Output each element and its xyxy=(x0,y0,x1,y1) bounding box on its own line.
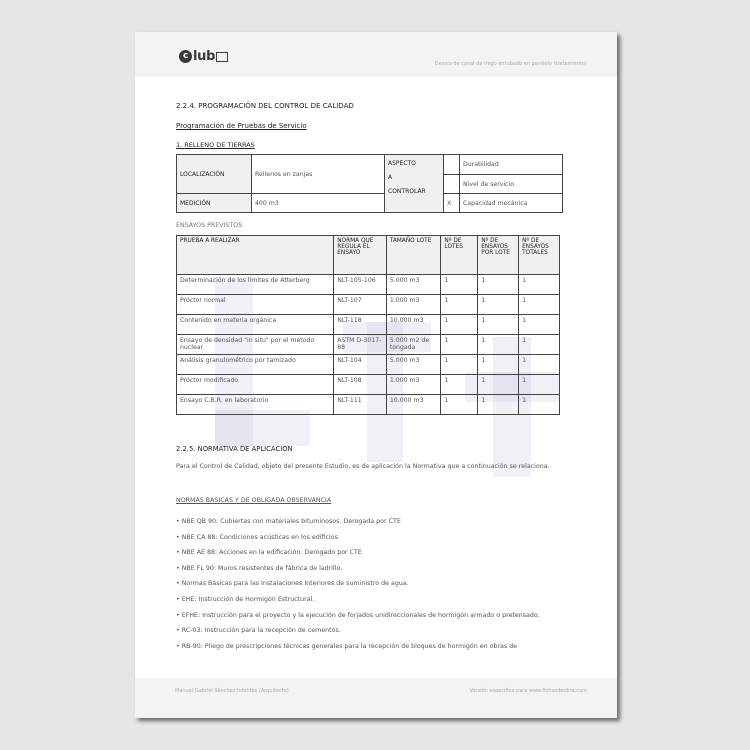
footer-site: Versión específica para www.fichasdeobra… xyxy=(469,688,587,694)
tests-table-header: PRUEBA A REALIZAR NORMA QUE REGULA EL EN… xyxy=(177,236,560,275)
table-cell: Próctor normal xyxy=(177,295,334,315)
aspecto-label-2: A xyxy=(388,171,440,185)
localizacion-value: Rellenos en zanjas xyxy=(252,155,385,194)
header-cell: Nº DE LOTES xyxy=(441,236,478,275)
aspect-label: Capacidad mecánica xyxy=(460,194,563,213)
table-cell: 1 xyxy=(478,275,519,295)
table-cell: 1 xyxy=(441,315,478,335)
document-title: Desvío de canal de riego entubado en par… xyxy=(435,61,587,67)
table-cell: 10.000 m3 xyxy=(386,315,441,335)
table-cell: 1 xyxy=(441,295,478,315)
table-row: Ensayo de densidad "in situ" por el méto… xyxy=(177,335,560,355)
header-cell: NORMA QUE REGULA EL ENSAYO xyxy=(334,236,387,275)
table-cell: Contenido en materia orgánica xyxy=(177,315,334,335)
table-cell: 1 xyxy=(519,375,560,395)
aspect-mark xyxy=(444,175,460,194)
control-table: LOCALIZACIÓN Rellenos en zanjas ASPECTO … xyxy=(176,154,563,213)
table-cell: Ensayo C.B.R. en laboratorio xyxy=(177,395,334,415)
table-cell: 1 xyxy=(478,355,519,375)
aspect-label: Nivel de servicio xyxy=(460,175,563,194)
table-row: Determinación de los límites de Atterber… xyxy=(177,275,560,295)
table-cell: 1 xyxy=(519,395,560,415)
table-cell: 1 xyxy=(519,315,560,335)
table-cell: 1.000 m3 xyxy=(386,295,441,315)
list-item: Normas Básicas para las Instalaciones In… xyxy=(176,578,571,594)
list-item: NBE CA 88: Condiciones acústicas en los … xyxy=(176,532,571,548)
table-cell: ASTM D-3017-88 xyxy=(334,335,387,355)
table-cell: NLT-111 xyxy=(334,395,387,415)
table-cell: Próctor modificado xyxy=(177,375,334,395)
table-cell: 5.000 m3 xyxy=(386,275,441,295)
aspect-label: Durabilidad xyxy=(460,155,563,175)
table-cell: 10.000 m3 xyxy=(386,395,441,415)
norms-list: NBE QB 90: Cubiertas con materiales bitu… xyxy=(176,516,571,656)
table-cell: NLT-108 xyxy=(334,375,387,395)
logo-text: lub xyxy=(193,49,215,64)
table-cell: 1 xyxy=(519,295,560,315)
list-item: NBE AE 88: Acciones en la edificación. D… xyxy=(176,547,571,563)
list-item: EFHE: Instrucción para el proyecto y la … xyxy=(176,610,571,626)
table-cell: 1 xyxy=(441,395,478,415)
table-cell: 1 xyxy=(441,355,478,375)
table-cell: Ensayo de densidad "in situ" por el méto… xyxy=(177,335,334,355)
page-footer: Manuel Gabriel Sánchez Infantes (Arquite… xyxy=(135,678,617,718)
table-cell: 5.000 m2 de tongada xyxy=(386,335,441,355)
table-cell: 1 xyxy=(519,275,560,295)
list-item: NBE FL 90: Muros resistentes de fábrica … xyxy=(176,563,571,579)
table-cell: 1 xyxy=(441,375,478,395)
table-cell: 1.000 m3 xyxy=(386,375,441,395)
section2-paragraph: Para el Control de Calidad, objeto del p… xyxy=(176,461,566,473)
header-cell: TAMAÑO LOTE xyxy=(386,236,441,275)
header-cell: PRUEBA A REALIZAR xyxy=(177,236,334,275)
norms-title: NORMAS BASICAS Y DE OBLIGADA OBSERVANCIA xyxy=(176,497,331,504)
page-header: club Desvío de canal de riego entubado e… xyxy=(135,32,617,77)
tests-table: PRUEBA A REALIZAR NORMA QUE REGULA EL EN… xyxy=(176,235,560,415)
table-cell: 1 xyxy=(441,335,478,355)
aspecto-label-1: ASPECTO xyxy=(388,157,440,171)
table-cell: NLT-118 xyxy=(334,315,387,335)
aspect-mark xyxy=(444,155,460,175)
header-cell: Nº DE ENSAYOS TOTALES xyxy=(519,236,560,275)
table-row: Ensayo C.B.R. en laboratorioNLT-11110.00… xyxy=(177,395,560,415)
document-page: club Desvío de canal de riego entubado e… xyxy=(135,32,617,718)
table-cell: 1 xyxy=(519,355,560,375)
club-logo: club xyxy=(179,49,228,64)
table-cell: 1 xyxy=(519,335,560,355)
table-cell: Determinación de los límites de Atterber… xyxy=(177,275,334,295)
localizacion-label: LOCALIZACIÓN xyxy=(177,155,252,194)
list-item: RB-90: Pliego de prescripciones técnicas… xyxy=(176,641,571,657)
table-cell: 1 xyxy=(478,395,519,415)
table-row: Contenido en materia orgánicaNLT-11810.0… xyxy=(177,315,560,335)
section2-title: 2.2.5. NORMATIVA DE APLICACION xyxy=(176,445,293,453)
table-cell: NLT-107 xyxy=(334,295,387,315)
table-cell: 5.000 m3 xyxy=(386,355,441,375)
aspecto-label: ASPECTO A CONTROLAR xyxy=(385,155,444,213)
list-item: RC-03: Instrucción para la recepción de … xyxy=(176,625,571,641)
medicion-value: 400 m3 xyxy=(252,194,385,213)
section-title: 2.2.4. PROGRAMACIÓN DEL CONTROL DE CALID… xyxy=(176,102,354,110)
logo-box-icon xyxy=(216,52,228,62)
table-cell: 1 xyxy=(441,275,478,295)
header-cell: Nº DE ENSAYOS POR LOTE xyxy=(478,236,519,275)
medicion-label: MEDICIÓN xyxy=(177,194,252,213)
table-row: Próctor normalNLT-1071.000 m3111 xyxy=(177,295,560,315)
list-item: NBE QB 90: Cubiertas con materiales bitu… xyxy=(176,516,571,532)
list-item: EHE: Instrucción de Hormigón Estructural… xyxy=(176,594,571,610)
table-row: Próctor modificadoNLT-1081.000 m3111 xyxy=(177,375,560,395)
item-title: 1. RELLENO DE TIERRAS xyxy=(176,141,255,149)
table-cell: NLT-105-106 xyxy=(334,275,387,295)
aspect-mark: X xyxy=(444,194,460,213)
table-cell: 1 xyxy=(478,315,519,335)
table-row: Análisis granulométrico por tamizadoNLT-… xyxy=(177,355,560,375)
subsection-title: Programación de Pruebas de Servicio xyxy=(176,122,307,130)
table-cell: 1 xyxy=(478,375,519,395)
table-cell: 1 xyxy=(478,335,519,355)
watermark-block xyxy=(215,410,310,446)
aspecto-label-3: CONTROLAR xyxy=(388,185,440,199)
table-cell: NLT-104 xyxy=(334,355,387,375)
table-cell: Análisis granulométrico por tamizado xyxy=(177,355,334,375)
table-cell: 1 xyxy=(478,295,519,315)
ensayos-label: ENSAYOS PREVISTOS xyxy=(176,222,242,229)
club-logo-icon: c xyxy=(179,50,192,63)
footer-author: Manuel Gabriel Sánchez Infantes (Arquite… xyxy=(175,688,289,694)
